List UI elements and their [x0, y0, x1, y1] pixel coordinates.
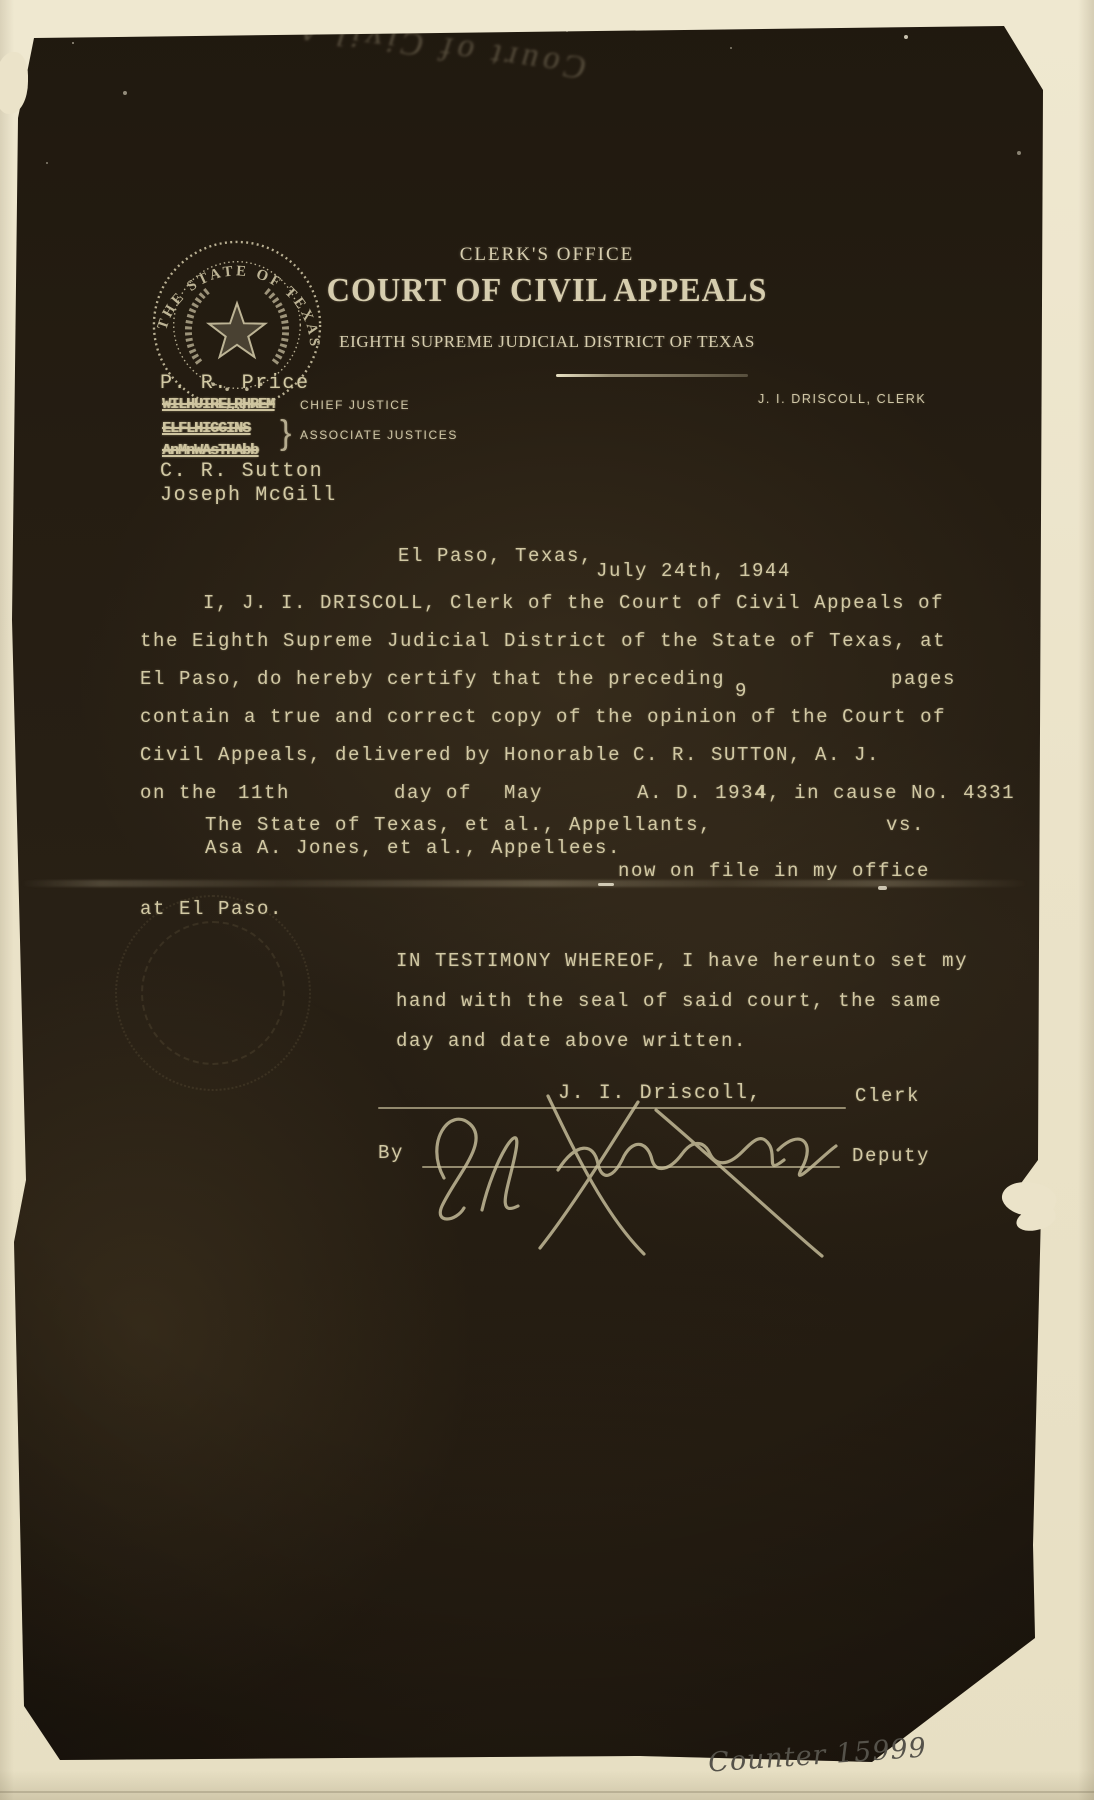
crease-highlight-1	[598, 883, 614, 886]
date-phrase-month: May	[504, 782, 543, 804]
photostat-film: Court of Civil Appeals CLERK'S OFFICE CO…	[0, 0, 1094, 1800]
film-speckles	[0, 0, 2, 2]
date-phrase-day: 11th	[238, 782, 290, 804]
cause-date-line: on the 11th day of May A. D. 1934 4 , in…	[140, 782, 1015, 804]
scanned-document-page: Court of Civil Appeals CLERK'S OFFICE CO…	[0, 0, 1094, 1800]
date-phrase-post: , in cause No. 4331	[768, 782, 1015, 804]
versus: vs.	[886, 814, 925, 836]
para-line-5-typed: C. R. SUTTON, A. J.	[633, 744, 880, 766]
place-line: El Paso, Texas,	[398, 545, 593, 567]
para-line-5: Civil Appeals, delivered by Honorable	[140, 744, 621, 766]
letterhead-rule	[556, 374, 748, 377]
ghost-mirrored-text: Court of Civil Appeals	[115, 0, 591, 85]
clerk-name-letterhead: J. I. DRISCOLL, CLERK	[758, 392, 926, 406]
struck-printed-name-2: ELFLHIGGINS	[162, 420, 250, 437]
style-line-appellants: The State of Texas, et al., Appellants,	[205, 814, 712, 836]
crease-highlight-2	[878, 886, 887, 890]
para-line-3-end: pages	[891, 668, 956, 690]
date-phrase-ad: A. D. 1934	[637, 782, 767, 804]
typed-chief-justice-name: P. R. Price	[160, 372, 310, 395]
para-line-4: contain a true and correct copy of the o…	[140, 706, 946, 728]
deputy-label: Deputy	[852, 1145, 930, 1167]
style-line-appellees: Asa A. Jones, et al., Appellees.	[205, 837, 621, 859]
typed-associate-justice-1: C. R. Sutton	[160, 460, 323, 483]
para-line-3: El Paso, do hereby certify that the prec…	[140, 668, 725, 690]
testimony-line-3: day and date above written.	[396, 1030, 747, 1052]
struck-printed-name-1: WILHUIRELRHREM	[162, 396, 274, 413]
date-phrase-overtype: 4	[755, 782, 768, 804]
para-line-1: I, J. I. DRISCOLL, Clerk of the Court of…	[203, 592, 944, 614]
date-phrase-pre: on the	[140, 782, 218, 804]
deputy-signature	[398, 1056, 858, 1266]
typed-associate-justice-2: Joseph McGill	[160, 484, 337, 507]
chief-justice-label: CHIEF JUSTICE	[300, 398, 410, 412]
date-phrase-mid: day of	[394, 782, 472, 804]
testimony-line-2: hand with the seal of said court, the sa…	[396, 990, 942, 1012]
date-line: July 24th, 1944	[596, 560, 791, 582]
on-file-line: now on file in my office	[618, 860, 930, 882]
justices-brace: }	[280, 414, 293, 453]
associate-justices-label: ASSOCIATE JUSTICES	[300, 428, 458, 442]
testimony-line-1: IN TESTIMONY WHEREOF, I have hereunto se…	[396, 950, 968, 972]
backing-edge-line	[0, 1791, 1094, 1793]
clerk-label: Clerk	[855, 1085, 920, 1107]
struck-printed-name-3: AnMnWAsTHAbb	[162, 442, 258, 459]
pages-count: 9	[735, 680, 748, 702]
embossed-seal-inner	[141, 921, 285, 1065]
para-line-2: the Eighth Supreme Judicial District of …	[140, 630, 946, 652]
